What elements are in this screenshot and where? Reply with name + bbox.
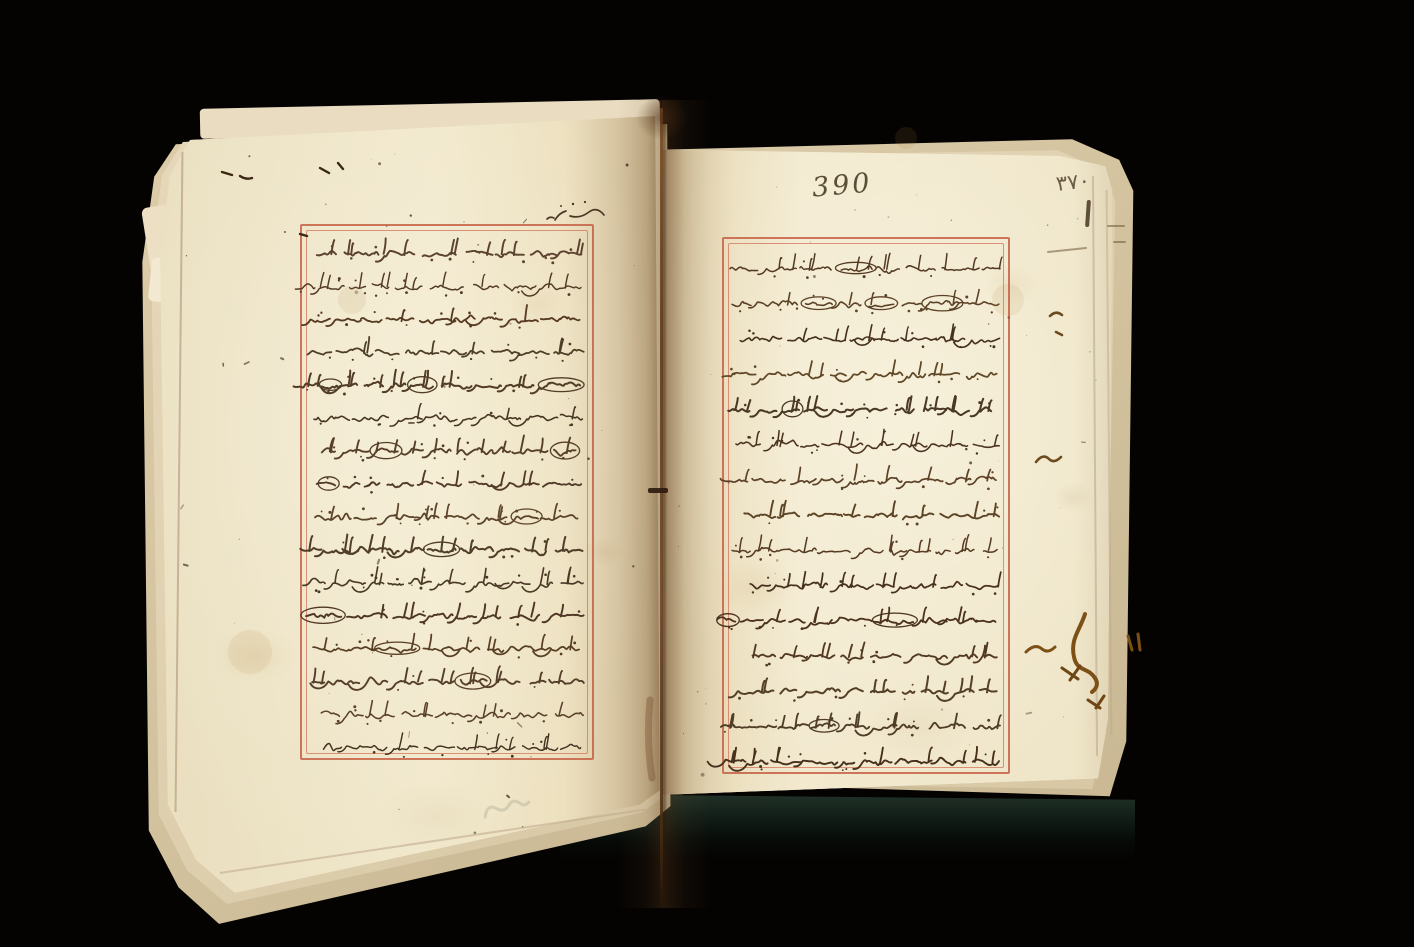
handwriting-dot <box>439 412 441 414</box>
handwriting-dot <box>560 653 563 656</box>
handwriting-dot <box>517 291 519 293</box>
handwriting-dot <box>518 656 520 658</box>
handwriting-dot <box>338 280 340 282</box>
handwriting-dot <box>990 345 992 347</box>
handwriting-dot <box>500 709 503 712</box>
handwriting-dot <box>911 734 914 737</box>
handwriting-dot <box>965 448 967 450</box>
handwriting-dot <box>479 721 482 724</box>
handwriting-dot <box>487 753 489 755</box>
handwriting-stroke <box>313 634 579 657</box>
handwriting-dot <box>744 404 747 407</box>
handwriting-dot <box>397 578 399 580</box>
handwriting-dot <box>779 309 781 311</box>
handwriting-dot <box>490 378 492 380</box>
handwriting-dot <box>752 591 754 593</box>
handwriting-dot <box>806 276 809 279</box>
handwriting-stroke <box>740 324 999 347</box>
handwriting-dot <box>754 365 757 368</box>
handwriting-dot <box>390 655 392 657</box>
handwriting-dot <box>851 413 853 415</box>
handwriting-dot <box>739 310 741 312</box>
handwriting-dot <box>569 343 572 346</box>
handwriting-dot <box>472 261 474 263</box>
handwriting-dot <box>469 325 472 328</box>
handwriting-dot <box>864 752 867 755</box>
handwriting-dot <box>373 751 376 754</box>
handwriting-dot <box>421 443 423 445</box>
handwriting-dot <box>440 312 443 315</box>
handwriting-stroke <box>295 272 581 296</box>
handwriting-dot <box>781 440 783 442</box>
handwriting-dot <box>442 444 445 447</box>
handwriting-stroke <box>721 712 1001 735</box>
handwriting-mark <box>560 205 562 207</box>
handwriting-dot <box>397 689 399 691</box>
handwriting-dot <box>354 709 356 711</box>
handwriting-dot <box>987 719 990 722</box>
manuscript-text-line <box>303 567 583 593</box>
handwriting-dot <box>963 695 965 697</box>
handwriting-dot <box>840 403 843 406</box>
handwriting-dot <box>871 312 873 314</box>
handwriting-dot <box>570 248 573 251</box>
handwriting-dot <box>860 649 862 651</box>
manuscript-text-line <box>728 396 991 419</box>
handwriting-dot <box>362 459 365 462</box>
handwriting-dot <box>866 417 868 419</box>
handwriting-dot <box>449 258 452 261</box>
handwriting-dot <box>360 456 362 458</box>
handwriting-dot <box>420 587 423 590</box>
handwriting-dot <box>490 412 493 415</box>
manuscript-text-line <box>721 712 1001 736</box>
handwriting-dot <box>991 471 993 473</box>
handwriting-dot <box>996 506 998 508</box>
handwriting-dot <box>913 720 915 722</box>
manuscript-text-line <box>717 607 996 630</box>
handwriting-dot <box>441 754 443 756</box>
handwriting-dot <box>419 523 421 525</box>
manuscript-text-line <box>317 471 582 494</box>
handwriting-dot <box>938 381 941 384</box>
handwriting-dot <box>864 625 866 627</box>
handwriting-dot <box>333 446 335 448</box>
handwriting-dot <box>412 542 414 544</box>
handwriting-dot <box>813 295 815 297</box>
handwriting-dot <box>852 452 854 454</box>
handwriting-stroke <box>322 436 576 459</box>
handwriting-dot <box>724 731 726 733</box>
handwriting-dot <box>920 308 923 311</box>
handwriting-dot <box>423 576 425 578</box>
handwriting-dot <box>354 476 357 479</box>
handwriting-dot <box>374 311 376 313</box>
handwriting-dot <box>977 378 979 380</box>
handwriting-dot <box>842 769 844 771</box>
handwriting-dot <box>336 644 338 646</box>
handwriting-stroke <box>728 396 991 417</box>
manuscript-text-line <box>736 429 999 454</box>
handwriting-dot <box>783 579 785 581</box>
handwriting-dot <box>353 705 356 708</box>
handwriting-dot <box>896 624 898 626</box>
handwriting-stroke <box>744 501 999 520</box>
handwriting-stroke <box>729 676 997 701</box>
handwriting-dot <box>856 438 858 440</box>
handwriting-dot <box>896 404 898 406</box>
handwriting-dot <box>342 542 344 544</box>
handwriting-dot <box>929 404 931 406</box>
handwriting-dot <box>518 326 520 328</box>
right-page-text <box>728 241 1000 774</box>
handwriting-dot <box>535 357 537 359</box>
handwriting-dot <box>359 640 362 643</box>
handwriting-dot <box>470 358 472 360</box>
handwriting-dot <box>992 345 995 348</box>
handwriting-dot <box>930 275 932 277</box>
word-enclosure-ring <box>835 262 876 273</box>
handwriting-dot <box>338 277 341 280</box>
handwriting-dot <box>544 540 547 543</box>
handwriting-dot <box>559 510 561 512</box>
handwriting-dot <box>433 424 436 427</box>
handwriting-dot <box>405 291 408 294</box>
handwriting-dot <box>391 390 393 392</box>
handwriting-dot <box>422 611 424 613</box>
word-enclosure-ring <box>717 614 740 627</box>
handwriting-dot <box>803 260 805 262</box>
handwriting-dot <box>347 376 349 378</box>
word-enclosure-ring <box>865 297 898 310</box>
handwriting-dot <box>768 522 770 524</box>
manuscript-text-line <box>310 666 584 691</box>
manuscript-text-line <box>301 603 584 626</box>
handwriting-dot <box>430 259 433 262</box>
handwriting-dot <box>511 755 514 758</box>
handwriting-dot <box>988 402 990 404</box>
handwriting-dot <box>987 556 989 558</box>
handwriting-dot <box>845 768 847 770</box>
handwriting-stroke <box>317 471 582 490</box>
handwriting-dot <box>911 332 913 334</box>
handwriting-dot <box>839 380 841 382</box>
handwriting-dot <box>362 507 365 510</box>
manuscript-text-line <box>295 272 581 297</box>
handwriting-dot <box>759 765 762 768</box>
handwriting-dot <box>738 697 741 700</box>
left-page-text <box>306 228 584 760</box>
handwriting-dot <box>321 510 323 512</box>
handwriting-dot <box>430 508 433 511</box>
handwriting-dot <box>371 574 374 577</box>
handwriting-dot <box>494 312 497 315</box>
handwriting-stroke <box>717 607 995 628</box>
handwriting-dot <box>978 401 981 404</box>
manuscript-text-line <box>750 572 1001 596</box>
handwriting-dot <box>355 279 357 281</box>
manuscript-text-line <box>324 733 581 758</box>
handwriting-dot <box>759 626 762 629</box>
handwriting-dot <box>464 458 466 460</box>
handwriting-dot <box>373 378 375 380</box>
handwriting-dot <box>551 261 554 264</box>
handwriting-dot <box>994 592 997 595</box>
handwriting-dot <box>841 475 843 477</box>
manuscript-text-line <box>740 324 999 348</box>
handwriting-dot <box>788 755 790 757</box>
handwriting-dot <box>573 641 576 644</box>
handwriting-dot <box>767 577 769 579</box>
handwriting-dot <box>730 368 733 371</box>
header-annotation-mark <box>540 198 612 226</box>
handwriting-dot <box>481 475 484 478</box>
handwriting-dot <box>847 661 849 663</box>
handwriting-dot <box>522 260 525 263</box>
handwriting-dot <box>518 574 520 576</box>
handwriting-dot <box>796 307 798 309</box>
handwriting-dot <box>765 664 768 667</box>
handwriting-dot <box>985 753 987 755</box>
handwriting-dot <box>972 593 975 596</box>
handwriting-mark <box>584 201 586 203</box>
handwriting-dot <box>391 358 393 360</box>
manuscript-text-line <box>708 747 999 771</box>
folio-number-arabic: ٣٧٠ <box>1055 168 1092 196</box>
handwriting-dot <box>912 684 914 686</box>
handwriting-dot <box>364 292 366 294</box>
handwriting-stroke <box>708 747 999 771</box>
handwriting-dot <box>807 401 809 403</box>
handwriting-dot <box>822 298 824 300</box>
handwriting-dot <box>320 312 322 314</box>
handwriting-dot <box>337 720 340 723</box>
handwriting-dot <box>879 274 881 276</box>
handwriting-dot <box>987 487 990 490</box>
handwriting-dot <box>965 296 968 299</box>
handwriting-dot <box>425 509 427 511</box>
handwriting-dot <box>412 675 414 677</box>
handwriting-dot <box>568 293 571 296</box>
handwriting-dot <box>839 580 842 583</box>
handwriting-dot <box>901 558 903 560</box>
handwriting-dot <box>749 436 751 438</box>
handwriting-dot <box>578 610 581 613</box>
handwriting-dot <box>317 314 319 316</box>
handwriting-dot <box>836 369 838 371</box>
handwriting-dot <box>500 510 502 512</box>
handwriting-dot <box>512 389 515 392</box>
handwriting-dot <box>759 558 762 561</box>
handwriting-dot <box>502 556 505 559</box>
handwriting-dot <box>379 720 381 722</box>
manuscript-text-line <box>317 238 583 264</box>
handwriting-dot <box>469 640 471 642</box>
manuscript-text-line <box>294 370 584 396</box>
manuscript-text-line <box>308 337 584 362</box>
handwriting-dot <box>467 441 470 444</box>
handwriting-dot <box>960 346 962 348</box>
handwriting-dot <box>413 710 415 712</box>
handwriting-stroke <box>303 567 583 592</box>
handwriting-dot <box>570 423 573 426</box>
handwriting-dot <box>328 511 331 514</box>
handwriting-dot <box>864 475 866 477</box>
manuscript-text-line <box>302 305 580 329</box>
handwriting-dot <box>403 279 406 282</box>
binding-stitch <box>648 488 668 493</box>
handwriting-dot <box>406 324 408 326</box>
handwriting-dot <box>761 768 763 770</box>
manuscript-text-line <box>753 643 997 667</box>
handwriting-mark <box>572 203 574 205</box>
word-enclosure-ring <box>375 642 420 654</box>
handwriting-stroke <box>306 603 583 624</box>
right-page: 390 ٣٧٠ <box>660 118 1130 808</box>
left-page <box>152 112 666 912</box>
handwriting-stroke <box>736 429 999 453</box>
handwriting-dot <box>799 753 801 755</box>
manuscript-text-line <box>732 535 997 561</box>
handwriting-stroke <box>324 733 581 754</box>
ink-speck <box>504 862 505 863</box>
manuscript-text-line <box>722 360 996 384</box>
handwriting-dot <box>345 323 348 326</box>
handwriting-dot <box>801 627 804 630</box>
handwriting-dot <box>883 331 885 333</box>
handwriting-dot <box>768 663 771 666</box>
handwriting-stroke <box>732 535 997 559</box>
handwriting-dot <box>950 378 953 381</box>
word-enclosure-ring <box>872 613 917 627</box>
handwriting-dot <box>750 719 753 722</box>
handwriting-dot <box>318 590 321 593</box>
handwriting-dot <box>366 723 368 725</box>
handwriting-stroke <box>750 572 1001 593</box>
handwriting-dot <box>367 639 369 641</box>
handwriting-dot <box>370 477 373 480</box>
handwriting-dot <box>434 457 436 459</box>
handwriting-dot <box>735 545 737 547</box>
handwriting-dot <box>375 576 378 579</box>
manuscript-text-line <box>321 701 583 725</box>
handwriting-dot <box>320 423 322 425</box>
handwriting-dot <box>532 743 534 745</box>
handwriting-dot <box>855 310 858 313</box>
handwriting-dot <box>904 698 906 700</box>
handwriting-dot <box>468 312 471 315</box>
handwriting-dot <box>403 756 405 758</box>
handwriting-dot <box>793 699 796 702</box>
handwriting-stroke <box>310 666 584 690</box>
handwriting-dot <box>452 722 454 724</box>
handwriting-dot <box>350 257 353 260</box>
manuscript-text-line <box>730 253 1002 279</box>
handwriting-dot <box>906 523 909 526</box>
handwriting-stroke <box>547 210 604 220</box>
spine-top-smudge <box>636 96 688 140</box>
handwriting-dot <box>976 452 978 454</box>
handwriting-dot <box>895 540 897 542</box>
handwriting-stroke <box>721 464 997 488</box>
handwriting-dot <box>504 521 506 523</box>
handwriting-dot <box>400 522 402 524</box>
manuscript-text-line <box>721 464 997 490</box>
handwriting-dot <box>423 622 425 624</box>
handwriting-dot <box>327 477 329 479</box>
handwriting-dot <box>740 556 743 559</box>
manuscript-text-line <box>729 676 997 702</box>
handwriting-dot <box>374 246 377 249</box>
handwriting-dot <box>375 295 377 297</box>
manuscript-text-line <box>744 501 999 526</box>
handwriting-dot <box>571 479 573 481</box>
handwriting-dot <box>543 720 545 722</box>
handwriting-dot <box>991 311 993 313</box>
handwriting-dot <box>457 377 460 380</box>
handwriting-dot <box>835 696 838 699</box>
handwriting-dot <box>562 360 564 362</box>
handwriting-dot <box>315 589 318 592</box>
handwriting-dot <box>887 718 889 720</box>
handwriting-dot <box>916 523 919 526</box>
handwriting-dot <box>383 556 386 559</box>
handwriting-dot <box>541 458 543 460</box>
handwriting-dot <box>922 345 925 348</box>
handwriting-dot <box>573 575 576 578</box>
handwriting-dot <box>894 413 896 415</box>
handwriting-dot <box>775 719 777 721</box>
handwriting-dot <box>379 423 381 425</box>
corner-pen-stroke <box>1085 200 1091 227</box>
handwriting-dot <box>363 587 365 589</box>
handwriting-dot <box>511 555 514 558</box>
handwriting-dot <box>460 291 463 294</box>
handwriting-dot <box>540 741 542 743</box>
handwriting-dot <box>752 332 755 335</box>
handwriting-dot <box>383 609 385 611</box>
handwriting-dot <box>516 623 519 626</box>
handwriting-dot <box>863 275 866 278</box>
handwriting-stroke <box>314 404 582 426</box>
handwriting-dot <box>466 522 468 524</box>
handwriting-stroke <box>302 305 580 327</box>
manuscript-text-line <box>732 290 999 315</box>
handwriting-dot <box>442 477 444 479</box>
handwriting-dot <box>343 393 346 396</box>
handwriting-dot <box>922 485 925 488</box>
handwriting-dot <box>872 660 875 663</box>
handwriting-dot <box>370 491 373 494</box>
handwriting-dot <box>352 359 354 361</box>
handwriting-dot <box>331 245 333 247</box>
handwriting-dot <box>908 310 911 313</box>
handwriting-dot <box>386 292 388 294</box>
handwriting-stroke <box>730 253 1002 274</box>
handwriting-dot <box>863 403 865 405</box>
handwriting-dot <box>816 449 818 451</box>
handwriting-stroke <box>300 535 582 558</box>
manuscript-text-line <box>315 503 578 525</box>
handwriting-dot <box>772 437 774 439</box>
handwriting-dot <box>507 344 509 346</box>
manuscript-text-line <box>314 404 582 427</box>
handwriting-dot <box>544 573 547 576</box>
handwriting-dot <box>306 389 308 391</box>
handwriting-dot <box>534 686 536 688</box>
handwriting-dot <box>300 291 302 293</box>
handwriting-dot <box>841 488 843 490</box>
